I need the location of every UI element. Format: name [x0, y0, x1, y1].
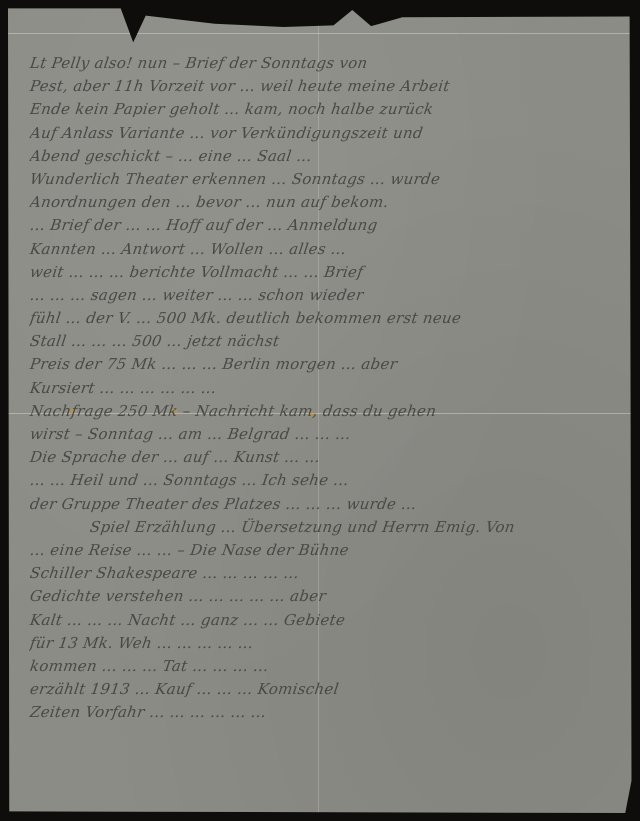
text-line: Lt Pelly also! nun – Brief der Sonntags … [28, 52, 631, 75]
text-line: Ende kein Papier geholt ... kam, noch ha… [28, 98, 631, 121]
text-line: Spiel Erzählung ... Übersetzung und Herr… [28, 516, 631, 539]
text-line: kommen ... ... ... Tat ... ... ... ... [28, 655, 631, 678]
text-line: fühl ... der V. ... 500 Mk. deutlich bek… [28, 307, 631, 330]
fold-line-top [8, 33, 634, 34]
text-line: Anordnungen den ... bevor ... nun auf be… [28, 191, 631, 214]
text-line: Gedichte verstehen ... ... ... ... ... a… [28, 585, 631, 608]
letter-page: Lt Pelly also! nun – Brief der Sonntags … [8, 6, 634, 813]
text-line: Wunderlich Theater erkennen ... Sonntags… [28, 168, 631, 191]
text-line: wirst – Sonntag ... am ... Belgrad ... .… [28, 423, 631, 446]
text-line: ... eine Reise ... ... – Die Nase der Bü… [28, 539, 631, 562]
text-line: der Gruppe Theater des Platzes ... ... .… [28, 493, 631, 516]
text-line: Kalt ... ... ... Nacht ... ganz ... ... … [28, 609, 631, 632]
text-line: erzählt 1913 ... Kauf ... ... ... Komisc… [28, 678, 631, 701]
text-line: Preis der 75 Mk ... ... ... Berlin morge… [28, 353, 631, 376]
text-line: Kursiert ... ... ... ... ... ... [28, 377, 631, 400]
text-line: Kannten ... Antwort ... Wollen ... alles… [28, 238, 631, 261]
text-line: ... ... Heil und ... Sonntags ... Ich se… [28, 469, 631, 492]
text-line: Stall ... ... ... 500 ... jetzt nächst [28, 330, 631, 353]
text-line: für 13 Mk. Weh ... ... ... ... ... [28, 632, 631, 655]
text-line: Zeiten Vorfahr ... ... ... ... ... ... [28, 701, 631, 724]
text-line: ... Brief der ... ... Hoff auf der ... A… [28, 214, 631, 237]
handwritten-text: Lt Pelly also! nun – Brief der Sonntags … [30, 52, 630, 724]
text-line: ... ... ... sagen ... weiter ... ... sch… [28, 284, 631, 307]
text-line: Die Sprache der ... auf ... Kunst ... ..… [28, 446, 631, 469]
text-line: Nachfrage 250 Mk – Nachricht kam, dass d… [28, 400, 631, 423]
text-line: weit ... ... ... berichte Vollmacht ... … [28, 261, 631, 284]
text-line: Abend geschickt – ... eine ... Saal ... [28, 145, 631, 168]
text-line: Schiller Shakespeare ... ... ... ... ... [28, 562, 631, 585]
text-line: Pest, aber 11h Vorzeit vor ... weil heut… [28, 75, 631, 98]
text-line: Auf Anlass Variante ... vor Verkündigung… [28, 122, 631, 145]
